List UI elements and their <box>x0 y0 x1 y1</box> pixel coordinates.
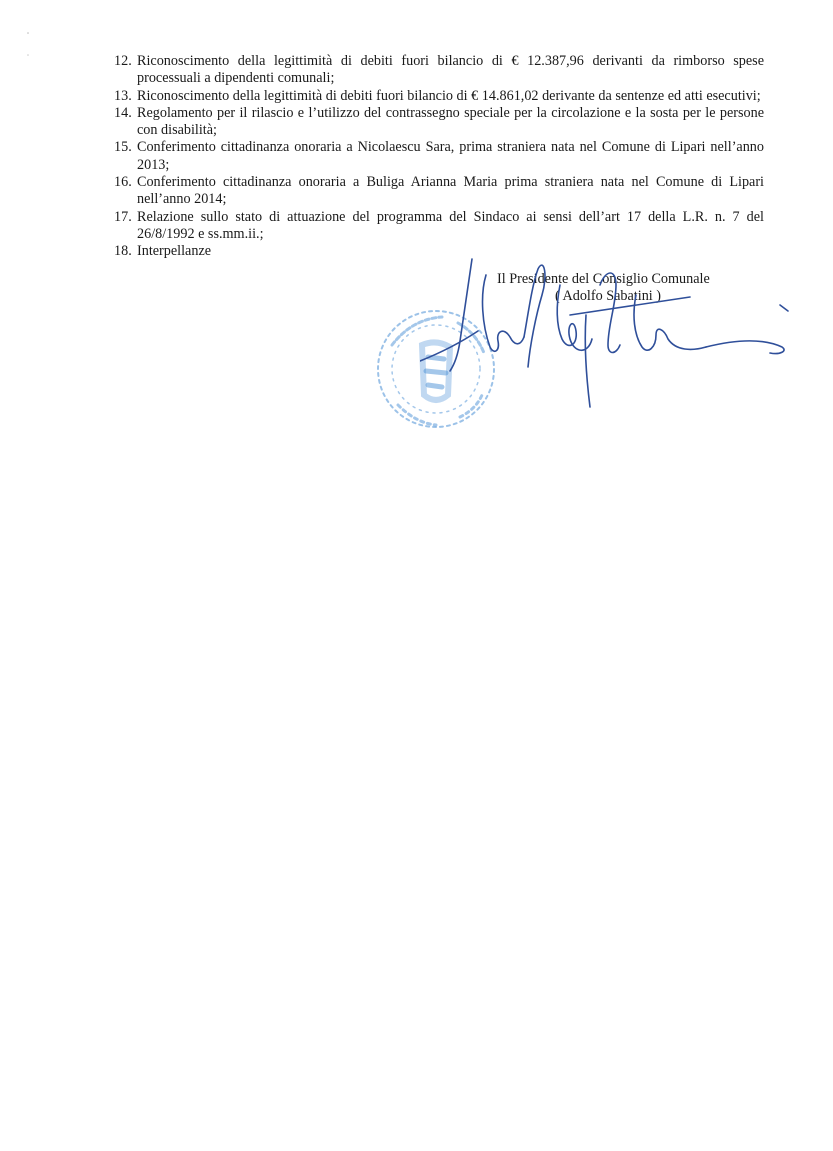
agenda-item: 13. Riconoscimento della legittimità di … <box>114 88 764 105</box>
agenda-item: 15. Conferimento cittadinanza onoraria a… <box>114 139 764 174</box>
agenda-item-number: 13. <box>114 88 132 105</box>
scan-speck-mark <box>26 30 30 60</box>
agenda-item-number: 14. <box>114 105 132 122</box>
agenda-item: 16. Conferimento cittadinanza onoraria a… <box>114 174 764 209</box>
agenda-item-text: Interpellanze <box>137 243 764 260</box>
agenda-item: 14. Regolamento per il rilascio e l’util… <box>114 105 764 140</box>
signatory-name: ( Adolfo Sabatini ) <box>555 288 661 305</box>
agenda-item-number: 18. <box>114 243 132 260</box>
agenda-item-text: Regolamento per il rilascio e l’utilizzo… <box>137 105 764 140</box>
agenda-item-text: Riconoscimento della legittimità di debi… <box>137 88 764 105</box>
agenda-item: 17. Relazione sullo stato di attuazione … <box>114 209 764 244</box>
agenda-item-text: Riconoscimento della legittimità di debi… <box>137 53 764 88</box>
agenda-item-text: Conferimento cittadinanza onoraria a Nic… <box>137 139 764 174</box>
agenda-item-number: 16. <box>114 174 132 191</box>
agenda-item-text: Relazione sullo stato di attuazione del … <box>137 209 764 244</box>
agenda-item: 18. Interpellanze <box>114 243 764 260</box>
agenda-item: 12. Riconoscimento della legittimità di … <box>114 53 764 88</box>
agenda-list: 12. Riconoscimento della legittimità di … <box>114 53 764 261</box>
signatory-title: Il Presidente del Consiglio Comunale <box>497 271 710 288</box>
document-page: 12. Riconoscimento della legittimità di … <box>0 0 833 1151</box>
agenda-item-number: 12. <box>114 53 132 70</box>
agenda-item-number: 15. <box>114 139 132 156</box>
agenda-item-text: Conferimento cittadinanza onoraria a Bul… <box>137 174 764 209</box>
agenda-item-number: 17. <box>114 209 132 226</box>
official-stamp-icon <box>372 305 500 433</box>
